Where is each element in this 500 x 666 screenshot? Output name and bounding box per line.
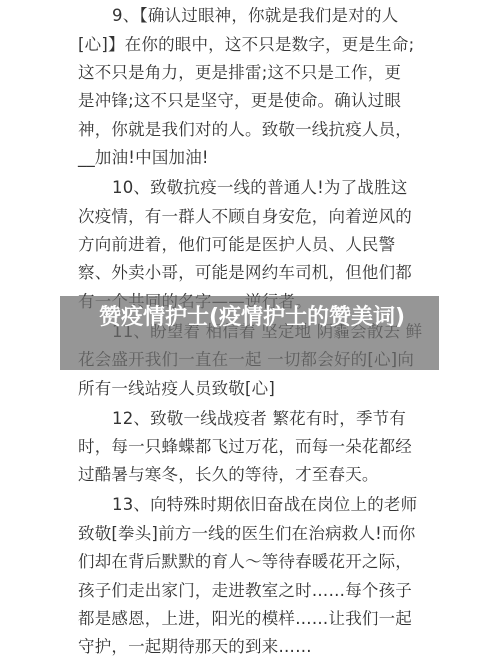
paragraph-first-line: 12、致敬一线战疫者 繁花有时，季节有 xyxy=(78,409,406,429)
paragraph-line: 们却在背后默默的育人～等待春暖花开之际， xyxy=(78,552,412,572)
paragraph-first-line: 10、致敬抗疫一线的普通人!为了战胜这 xyxy=(78,178,407,198)
paragraph-line: 次疫情，有一群人不顾自身安危，向着逆风的 xyxy=(78,207,412,227)
paragraph-line: 方向前进着，他们可能是医护人员、人民警 xyxy=(78,235,395,255)
paragraph-line: 神，你就是我们对的人。致敬一线抗疫人员， xyxy=(78,120,412,140)
paragraph-line: 致敬[拳头]前方一线的医生们在治病救人!而你 xyxy=(78,524,415,544)
paragraph-first-line: 9、【确认过眼神，你就是我们是对的人 xyxy=(78,6,398,26)
paragraph-line: [心]】在你的眼中，这不只是数字，更是生命; xyxy=(78,35,414,55)
paragraph-line: 守护，一起期待那天的到来…… xyxy=(78,637,312,657)
paragraph-line: 都是感恩，上进，阳光的模样……让我们一起 xyxy=(78,609,412,629)
paragraph-line: 察、外卖小哥，可能是网约车司机，但他们都 xyxy=(78,263,412,283)
paragraph-line: 这不只是角力，更是排雷;这不只是工作，更 xyxy=(78,63,401,83)
paragraph-line: 孩子们走出家门，走进教室之时……每个孩子 xyxy=(78,581,412,601)
paragraph-line: 是冲锋;这不只是坚守，更是使命。确认过眼 xyxy=(78,91,401,111)
paragraph-line: 所有一线站疫人员致敬[心] xyxy=(78,379,275,399)
banner-title: 赞疫情护士(疫情护士的赞美词) xyxy=(72,300,432,336)
paragraph-line: 时，每一只蜂蝶都飞过万花，而每一朵花都经 xyxy=(78,437,412,457)
paragraph-line: __加油!中国加油! xyxy=(78,148,209,168)
paragraph-line: 过酷暑与寒冬，长久的等待，才至春天。 xyxy=(78,465,379,485)
paragraph-first-line: 13、向特殊时期依旧奋战在岗位上的老师 xyxy=(78,495,417,515)
